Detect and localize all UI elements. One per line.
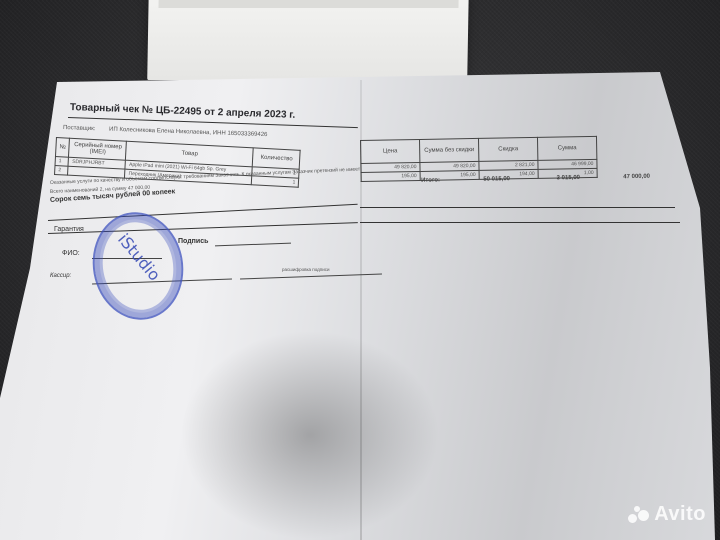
col-price: Цена bbox=[361, 139, 420, 163]
supplier-value: ИП Колесникова Елена Николаевна, ИНН 165… bbox=[109, 127, 268, 139]
name-label: ФИО: bbox=[62, 250, 80, 257]
supplier-line: Поставщик: ИП Колесникова Елена Николаев… bbox=[63, 125, 268, 138]
divider-line bbox=[48, 222, 358, 234]
avito-wordmark: Avito bbox=[654, 503, 706, 526]
signature-line bbox=[215, 243, 291, 247]
totals-label: Итого: bbox=[390, 177, 440, 184]
divider-line bbox=[360, 222, 680, 223]
divider-line bbox=[360, 207, 675, 208]
total-sum: 47 000,00 bbox=[580, 174, 650, 181]
company-stamp: iStudio bbox=[84, 205, 191, 327]
supplier-label: Поставщик: bbox=[63, 125, 96, 132]
col-sum-no-discount: Сумма без скидки bbox=[419, 138, 478, 162]
total-discount: 3 015,00 bbox=[510, 175, 580, 182]
col-sum: Сумма bbox=[537, 136, 596, 160]
signature-decode-line bbox=[240, 274, 382, 280]
divider-line bbox=[48, 204, 358, 221]
hand-shadow bbox=[180, 330, 440, 540]
signature-decode-label: расшифровка подписи bbox=[282, 267, 329, 272]
avito-logo-icon bbox=[628, 506, 650, 524]
row-num: 2 bbox=[55, 165, 69, 175]
col-discount: Скидка bbox=[478, 137, 537, 161]
warranty-label: Гарантия bbox=[54, 226, 84, 233]
col-num: № bbox=[55, 138, 69, 158]
total-no-discount: 50 015,00 bbox=[440, 176, 510, 183]
signature-label: Подпись bbox=[178, 238, 208, 245]
stamp-logo-text: iStudio bbox=[114, 230, 164, 285]
cashier-label: Кассир: bbox=[50, 273, 71, 279]
avito-watermark: Avito bbox=[628, 503, 706, 526]
row-qty: 1 bbox=[252, 176, 299, 187]
col-qty: Количество bbox=[253, 148, 301, 169]
